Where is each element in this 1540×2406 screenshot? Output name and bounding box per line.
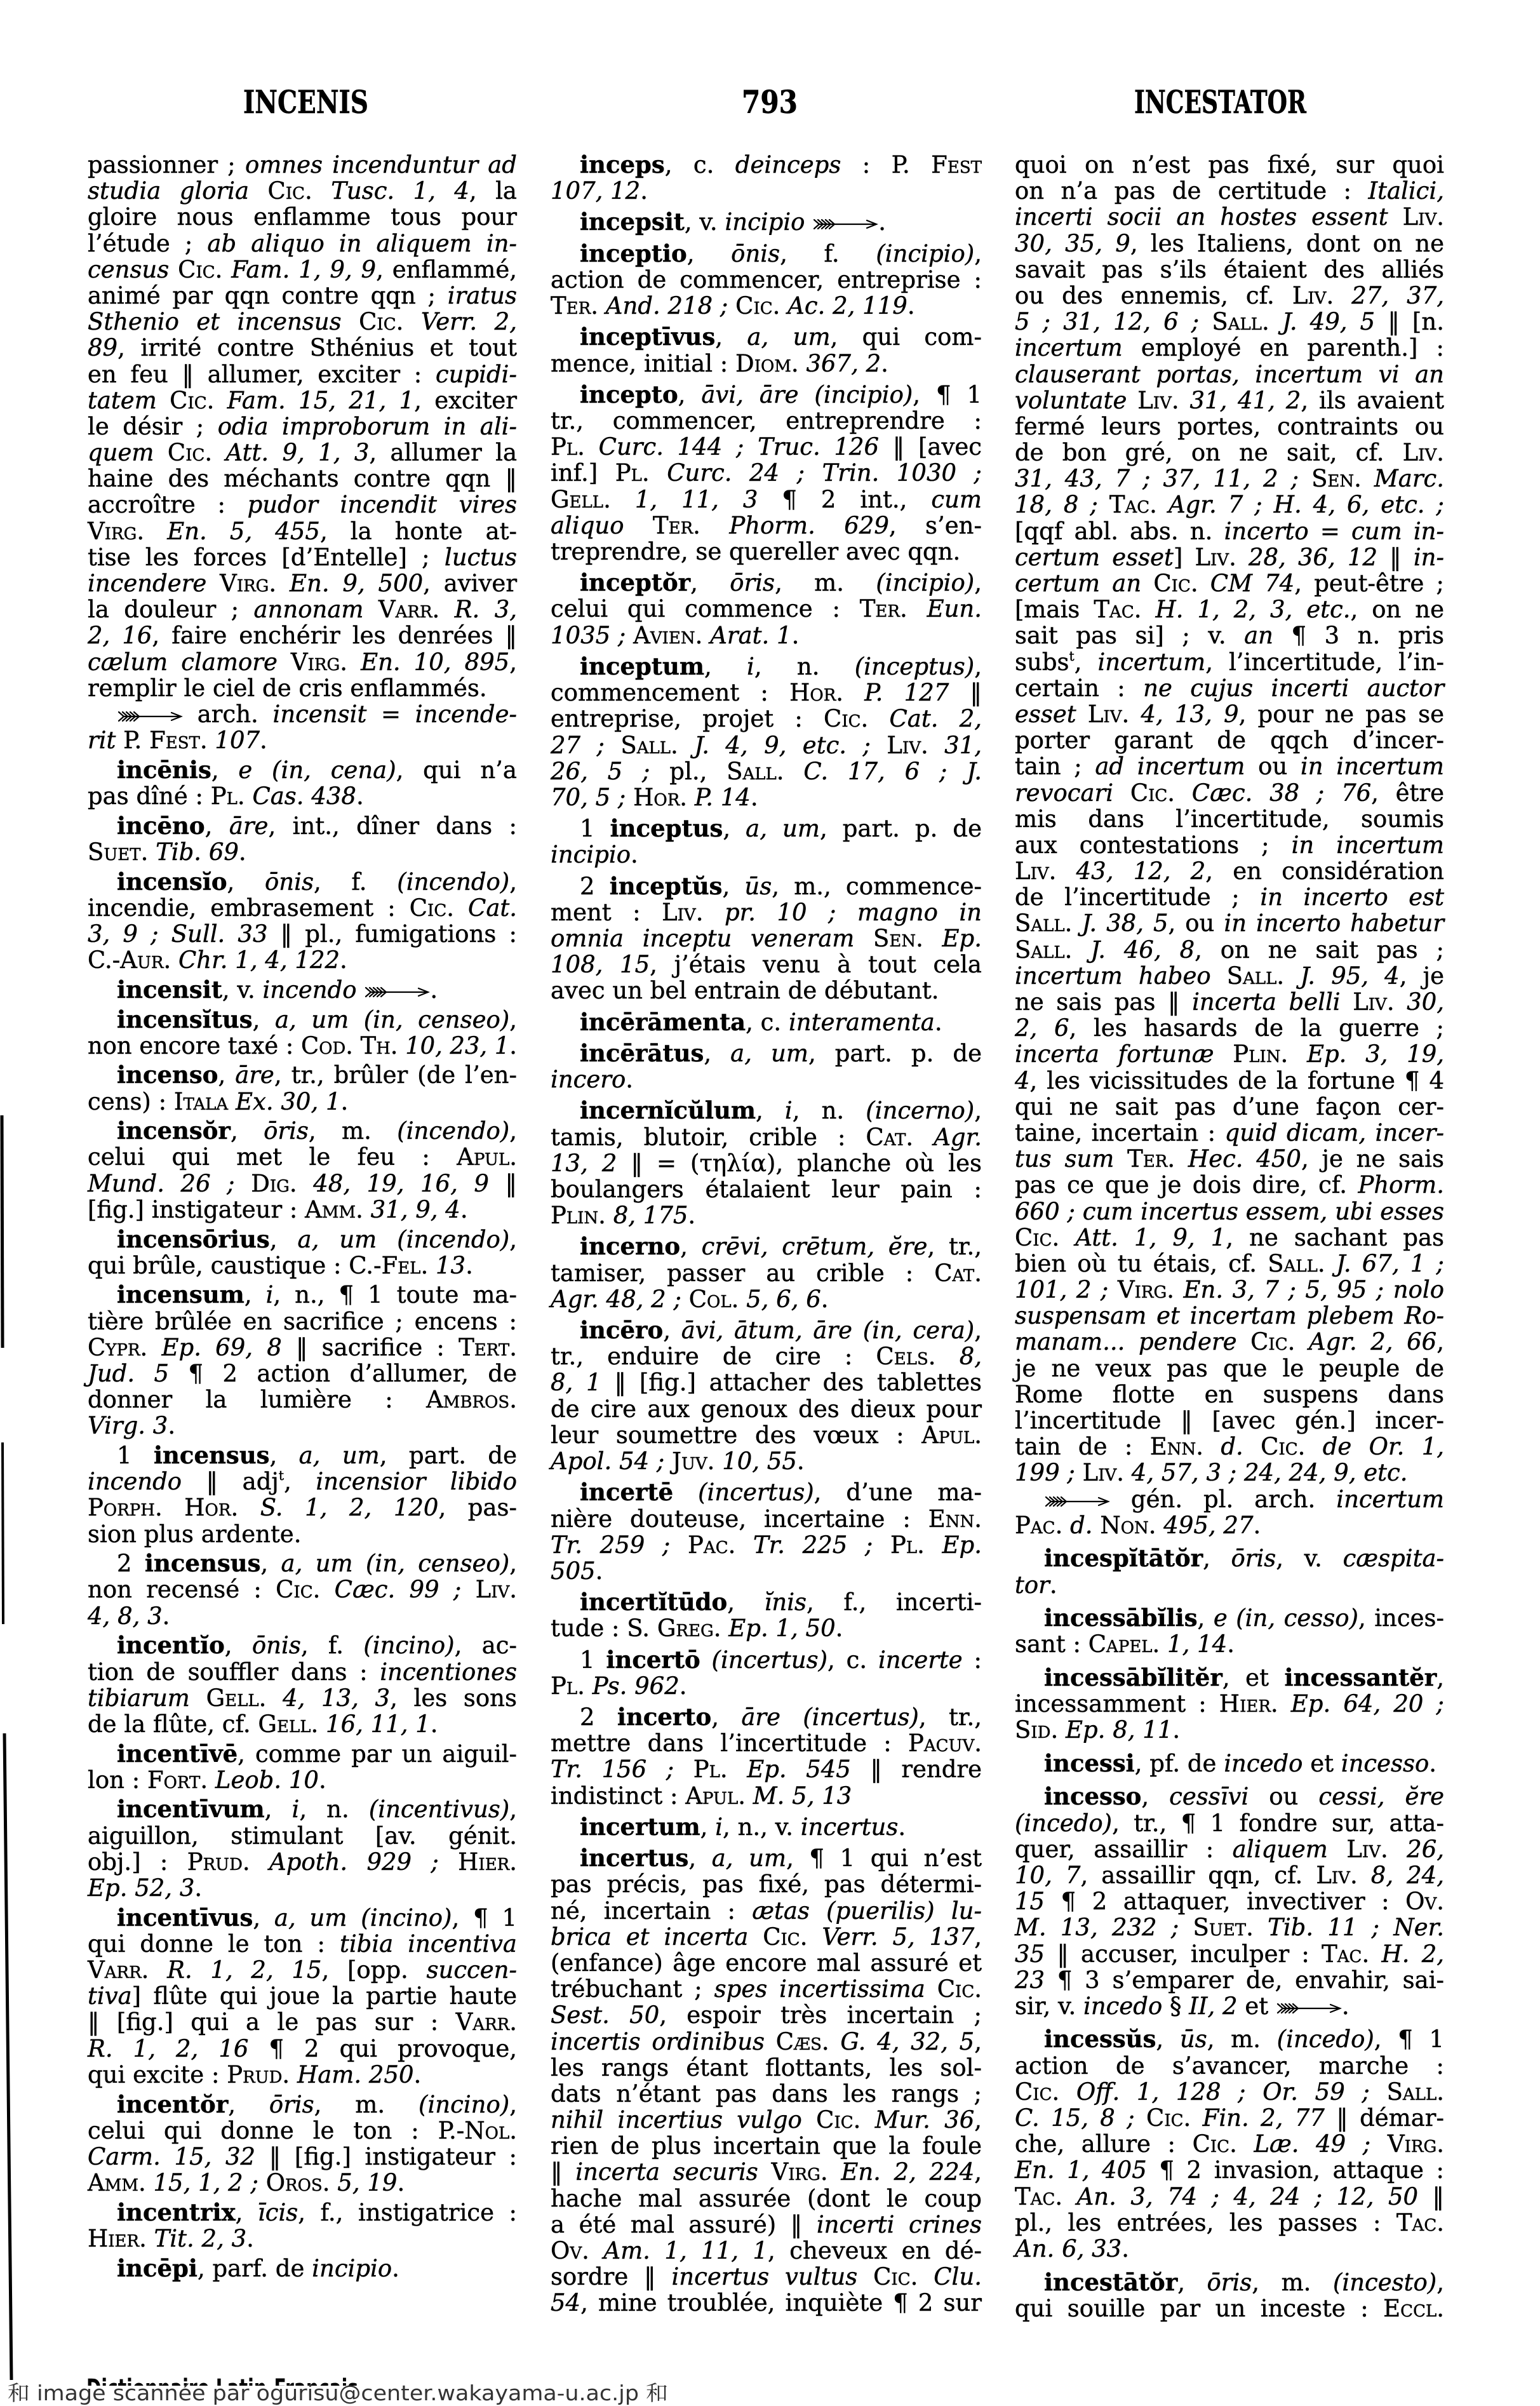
entry-line: tamis, blutoir, crible : Cat. Agr. xyxy=(551,1124,982,1150)
latin-italic: incensit xyxy=(273,701,367,728)
latin-italic: a, um (incendo) xyxy=(298,1226,510,1253)
line-text: Suet. Tib. 69. xyxy=(88,839,246,865)
entry-line: 89, irrité contre Sthénius et tout xyxy=(88,335,517,361)
latin-italic: Ep. 545 xyxy=(747,1756,851,1783)
entry-line: incērāmenta, c. interamenta. xyxy=(580,1009,982,1035)
latin-italic: incendere xyxy=(88,570,206,597)
latin-italic: Tr. 156 ; xyxy=(551,1756,674,1783)
line-text: Apol. 54 ; Juv. 10, 55. xyxy=(551,1448,805,1474)
latin-italic: incertus xyxy=(801,1813,899,1841)
latin-italic: manam... pendere xyxy=(1015,1328,1237,1355)
latin-italic: ab aliquo in aliquem in- xyxy=(207,230,517,257)
superscript: t xyxy=(279,1468,284,1483)
line-text: incensum, i, n., ¶ 1 toute ma- xyxy=(117,1282,517,1308)
latin-italic: 31, xyxy=(944,732,982,759)
line-text: Cypr. Ep. 69, 8 ‖ sacrifice : Tert. xyxy=(88,1334,517,1361)
author-abbreviation: Cic. xyxy=(1015,1224,1059,1251)
entry-line: accroître : pudor incendit vires xyxy=(88,492,517,518)
line-text: 3, 9 ; Sull. 33 ‖ pl., fumigations : xyxy=(88,921,517,947)
latin-italic: a, um (incino) xyxy=(274,1904,452,1932)
line-text: non recensé : Cic. Cæc. 99 ; Liv. xyxy=(88,1576,517,1603)
author-abbreviation: Avien. xyxy=(633,622,702,649)
line-text: incentŏr, ōris, m. (incino), xyxy=(117,2092,517,2118)
line-text: animé par qqn contre qqn ; iratus xyxy=(88,283,517,309)
entry-line: tus sum Ter. Hec. 450, je ne sais xyxy=(1015,1146,1444,1172)
latin-italic: J. 95, 4 xyxy=(1300,962,1399,990)
latin-italic: An. 6, 33 xyxy=(1015,2235,1122,2262)
latin-italic: 54 xyxy=(551,2289,580,2316)
entry-line: 199 ; Liv. 4, 57, 3 ; 24, 24, 9, etc. xyxy=(1015,1460,1444,1486)
line-text: suspensam et incertam plebem Ro- xyxy=(1015,1303,1444,1329)
line-text: Jud. 5 ¶ 2 action d’allumer, de xyxy=(88,1361,517,1387)
dictionary-entry: incentīvus, a, um (incino), ¶ 1qui donne… xyxy=(88,1905,517,2088)
entry-line: incero. xyxy=(551,1066,982,1092)
latin-italic: Ex. 30, 1 xyxy=(236,1088,341,1115)
latin-italic: Phorm. xyxy=(1358,1171,1444,1199)
entry-line: incendo ‖ adjt, incensior libido xyxy=(88,1468,517,1495)
latin-italic: incertum habeo xyxy=(1015,962,1211,990)
latin-italic: certum an xyxy=(1015,570,1141,597)
line-text: 101, 2 ; Virg. En. 3, 7 ; 5, 95 ; nolo xyxy=(1015,1277,1444,1303)
author-abbreviation: Porph. xyxy=(88,1494,163,1521)
latin-italic: pudor incendit vires xyxy=(248,491,517,518)
latin-italic: J. 46, 8 xyxy=(1090,936,1195,964)
entry-line: inceptum, i, n. (inceptus), xyxy=(580,654,982,680)
latin-italic: J. 4, 9, etc. ; xyxy=(694,732,871,759)
latin-italic: census xyxy=(88,256,169,283)
entry-line: tain de : Enn. d. Cic. de Or. 1, xyxy=(1015,1434,1444,1460)
author-abbreviation: Sall. xyxy=(1212,308,1269,335)
author-abbreviation: Amm. xyxy=(305,1196,363,1223)
author-abbreviation: Varr. xyxy=(88,1956,149,1984)
line-text: 505. xyxy=(551,1558,603,1584)
author-abbreviation: Liv. xyxy=(1292,282,1334,309)
line-text: incentīvē, comme par un aiguil- xyxy=(117,1741,517,1767)
entry-line: incentīvum, i, n. (incentivus), xyxy=(117,1796,517,1822)
entry-line: incendie, embrasement : Cic. Cat. xyxy=(88,895,517,921)
line-text: incertĭtūdo, ĭnis, f., incerti- xyxy=(580,1589,982,1615)
latin-italic: 30, xyxy=(1407,988,1444,1016)
latin-italic: a, um (in, censeo) xyxy=(281,1550,510,1577)
dictionary-entry: incespĭtātŏr, ōris, v. cæspita-tor. xyxy=(1015,1545,1444,1597)
entry-line: leur soumettre des vœux : Apul. xyxy=(551,1422,982,1448)
author-abbreviation: Sall. xyxy=(620,732,678,759)
line-text: 27 ; Sall. J. 4, 9, etc. ; Liv. 31, xyxy=(551,732,982,758)
line-text: taine, incertain : quid dicam, incer- xyxy=(1015,1120,1444,1146)
latin-italic: Hec. 450 xyxy=(1188,1145,1301,1173)
entry-line: 54, mine troublée, inquiète ¶ 2 sur xyxy=(551,2290,982,2316)
line-text: incero. xyxy=(551,1066,633,1092)
line-text: passionner ; omnes incenduntur ad xyxy=(88,152,517,178)
line-text: les rangs étant flottants, les sol- xyxy=(551,2055,982,2081)
author-abbreviation: Cypr. xyxy=(88,1334,147,1361)
latin-italic: Agr. xyxy=(934,1124,982,1151)
entry-line: ne sais pas ‖ incerta belli Liv. 30, xyxy=(1015,989,1444,1015)
entry-line: Tac. An. 3, 74 ; 4, 24 ; 12, 50 ‖ xyxy=(1015,2184,1444,2210)
dictionary-entry: incentīvum, i, n. (incentivus),aiguillon… xyxy=(88,1796,517,1901)
line-text: 2, 16, faire enchérir les denrées ‖ xyxy=(88,622,517,649)
line-text: fermé leurs portes, contraints ou xyxy=(1015,413,1444,440)
entry-line: clauserant portas, incertum vi an xyxy=(1015,361,1444,387)
line-text: pl., les entrées, les passes : Tac. xyxy=(1015,2210,1444,2236)
latin-italic: Ep. 52, 3 xyxy=(88,1874,194,1902)
dictionary-entry: incensum, i, n., ¶ 1 toute ma-tière brûl… xyxy=(88,1282,517,1439)
author-abbreviation: Pl. xyxy=(551,1672,585,1700)
author-abbreviation: Hier. xyxy=(458,1848,517,1876)
entry-line: Suet. Tib. 69. xyxy=(88,839,517,865)
line-text: rit P. Fest. 107. xyxy=(88,727,267,753)
latin-italic: tibia incentiva xyxy=(340,1930,517,1958)
line-text: incertum employé en parenth.] : xyxy=(1015,335,1444,361)
latin-italic: 8, xyxy=(960,1343,982,1370)
dictionary-entry: incernĭcŭlum, i, n. (incerno),tamis, blu… xyxy=(551,1098,982,1228)
latin-italic: Sthenio et incensus xyxy=(88,308,342,335)
latin-italic: cælum clamore xyxy=(88,649,278,676)
line-text: celui qui met le feu : Apul. xyxy=(88,1144,517,1170)
headword: incēro xyxy=(580,1316,663,1344)
line-text: studia gloria Cic. Tusc. 1, 4, la xyxy=(88,178,517,204)
line-text: l’étude ; ab aliquo in aliquem in- xyxy=(88,231,517,257)
line-text: mence, initial : Diom. 367, 2. xyxy=(551,351,888,377)
author-abbreviation: Dig. xyxy=(251,1170,297,1197)
latin-italic: 31, 41, 2 xyxy=(1189,387,1301,414)
line-text: sordre ‖ incertus vultus Cic. Clu. xyxy=(551,2264,982,2290)
latin-italic: 4, 13, 3 xyxy=(283,1684,390,1712)
latin-italic: Tib. 69 xyxy=(156,838,239,866)
entry-line: 26, 5 ; pl., Sall. C. 17, 6 ; J. xyxy=(551,758,982,784)
entry-line: incentīvus, a, um (incino), ¶ 1 xyxy=(117,1905,517,1931)
line-text: 107, 12. xyxy=(551,178,648,204)
dictionary-entry: incēro, āvi, ātum, āre (in, cera),tr., e… xyxy=(551,1317,982,1474)
author-abbreviation: Cic. xyxy=(816,2106,860,2134)
headword: inceptus xyxy=(610,814,723,842)
line-text: qui donne le ton : tibia incentiva xyxy=(88,1931,517,1957)
latin-italic: 27, 37, xyxy=(1351,282,1444,309)
entry-line: porter garant de qqch d’incer- xyxy=(1015,727,1444,753)
line-text: Liv. 43, 12, 2, en considération xyxy=(1015,858,1444,884)
dictionary-entry: incessābĭlis, e (in, cesso), inces-sant … xyxy=(1015,1605,1444,1657)
latin-italic: incendo xyxy=(88,1468,182,1495)
feathered-arrow-icon xyxy=(1276,2002,1342,2015)
latin-italic: R. 3, xyxy=(455,596,517,623)
line-text: Ov. Am. 1, 11, 1, cheveux en dé- xyxy=(551,2238,982,2264)
headword: incensĭo xyxy=(117,868,227,896)
latin-italic: 28, 36, 12 xyxy=(1249,544,1377,571)
entry-line: 35 ‖ accuser, inculper : Tac. H. 2, xyxy=(1015,1941,1444,1967)
latin-italic: Tr. 259 ; xyxy=(551,1531,670,1559)
line-text: incensit, v. incendo . xyxy=(117,977,438,1003)
dictionary-entry: incentīvē, comme par un aiguil-lon : For… xyxy=(88,1741,517,1793)
latin-italic: M. 13, 232 ; xyxy=(1015,1914,1179,1941)
line-text: incēpi, parf. de incipio. xyxy=(117,2255,399,2282)
headword: incessābĭlis xyxy=(1044,1604,1198,1632)
entry-line: incepto, āvi, āre (incipio), ¶ 1 xyxy=(580,382,982,408)
latin-italic: brica et incerta xyxy=(551,1923,748,1951)
line-text: incerta fortunæ Plin. Ep. 3, 19, xyxy=(1015,1041,1444,1067)
entry-line: mettre dans l’incertitude : Pacuv. xyxy=(551,1730,982,1756)
text-column-right: quoi on n’est pas fixé, sur quoion n’a p… xyxy=(1015,152,1444,2322)
latin-italic: 660 ; cum incertus essem, ubi esses xyxy=(1015,1198,1444,1225)
author-abbreviation: Liv. xyxy=(1088,701,1129,728)
author-abbreviation: Tac. xyxy=(1015,2183,1062,2210)
line-text: 2 incensus, a, um (in, censeo), xyxy=(117,1550,517,1576)
line-text: Agr. 48, 2 ; Col. 5, 6, 6. xyxy=(551,1286,829,1312)
entry-line: 13, 2 ‖ = (τηλία), planche où les xyxy=(551,1150,982,1176)
latin-italic: incesso xyxy=(1341,1750,1430,1777)
latin-italic: Verr. 2, xyxy=(421,308,517,335)
entry-line: arch. incensit = incende- xyxy=(117,701,517,727)
latin-italic: 31, 43, 7 ; 37, 11, 2 ; xyxy=(1015,465,1299,492)
headword: incentīvus xyxy=(117,1904,253,1932)
latin-italic: Arat. 1 xyxy=(710,622,791,649)
line-text: incensĭtus, a, um (in, censeo), xyxy=(117,1007,517,1033)
line-text: indistinct : Apul. M. 5, 13 xyxy=(551,1783,852,1809)
line-text: incertus, a, um, ¶ 1 qui n’est xyxy=(580,1845,982,1871)
line-text: savait pas s’ils étaient des alliés xyxy=(1015,257,1444,283)
author-abbreviation: C.-Aur. xyxy=(88,946,171,974)
line-text: treprendre, se quereller avec qqn. xyxy=(551,539,960,565)
author-abbreviation: Hor. xyxy=(633,784,687,811)
author-abbreviation: Tac. xyxy=(1094,596,1141,623)
entry-line: 5 ; 31, 12, 6 ; Sall. J. 49, 5 ‖ [n. xyxy=(1015,309,1444,335)
line-text: sir, v. incedo § II, 2 et . xyxy=(1015,1993,1349,2019)
entry-line: trébuchant ; spes incertissima Cic. xyxy=(551,1976,982,2002)
line-text: Pl. Curc. 144 ; Truc. 126 ‖ [avec xyxy=(551,434,982,460)
entry-line: 27 ; Sall. J. 4, 9, etc. ; Liv. 31, xyxy=(551,732,982,758)
line-text: esset Liv. 4, 13, 9, pour ne pas se xyxy=(1015,701,1444,727)
entry-line: quem Cic. Att. 9, 1, 3, allumer la xyxy=(88,440,517,466)
headword: incepsit xyxy=(580,208,685,236)
entry-line: animé par qqn contre qqn ; iratus xyxy=(88,283,517,309)
scan-credit-watermark: 和 image scannée par ogurisu@center.wakay… xyxy=(8,2382,668,2403)
entry-line: Varr. R. 1, 2, 15, [opp. succen- xyxy=(88,1957,517,1983)
dictionary-entry: incepsit, v. incipio . xyxy=(551,209,982,235)
line-text: certum an Cic. CM 74, peut-être ; xyxy=(1015,570,1444,596)
line-text: Ter. And. 218 ; Cic. Ac. 2, 119. xyxy=(551,293,915,319)
latin-italic: 27 ; xyxy=(551,732,605,759)
latin-italic: Læ. 49 ; xyxy=(1254,2130,1370,2158)
line-text: 1035 ; Avien. Arat. 1. xyxy=(551,622,799,649)
line-text: incerti socii an hostes essent Liv. xyxy=(1015,204,1444,230)
dictionary-entry: incertĭtūdo, ĭnis, f., incerti-tude : S.… xyxy=(551,1589,982,1641)
entry-line: incendere Virg. En. 9, 500, aviver xyxy=(88,570,517,596)
entry-line: incēno, āre, int., dîner dans : xyxy=(117,813,517,839)
latin-italic: incero xyxy=(551,1066,626,1093)
author-abbreviation: Cic. xyxy=(1261,1433,1305,1460)
author-abbreviation: Sall. xyxy=(726,758,784,785)
entry-line: tise les forces [d’Entelle] ; luctus xyxy=(88,544,517,570)
headword: incessi xyxy=(1044,1749,1135,1777)
line-text: 13, 2 ‖ = (τηλία), planche où les xyxy=(551,1150,982,1176)
entry-line: tain ; ad incertum ou in incertum xyxy=(1015,753,1444,779)
latin-italic: spes incertissima xyxy=(714,1975,925,2003)
headword: incēpi xyxy=(117,2254,198,2282)
latin-italic: incerti socii an hostes essent xyxy=(1015,203,1388,231)
line-text: incēro, āvi, ātum, āre (in, cera), xyxy=(580,1317,982,1343)
author-abbreviation: Virg. xyxy=(88,518,144,545)
latin-italic: esset xyxy=(1015,701,1076,728)
entry-line: tiva] flûte qui joue la partie haute xyxy=(88,1983,517,2009)
entry-line: le désir ; odia improborum in ali- xyxy=(88,413,517,440)
latin-italic: Chr. 1, 4, 122 xyxy=(178,946,340,974)
author-abbreviation: Cic. xyxy=(359,308,403,335)
latin-italic: En. 1, 405 xyxy=(1015,2156,1147,2184)
line-text: incessābĭlitĕr, et incessantĕr, xyxy=(1044,1665,1444,1691)
latin-italic: En. 5, 455 xyxy=(167,518,320,545)
entry-line: incertē (incertus), d’une ma- xyxy=(580,1479,982,1505)
author-abbreviation: P. Fest. xyxy=(123,727,208,754)
latin-italic: 107 xyxy=(215,727,260,754)
dictionary-entry: incessŭs, ūs, m. (incedo), ¶ 1action de … xyxy=(1015,2026,1444,2262)
dictionary-entry: incensĭo, ōnis, f. (incendo),incendie, e… xyxy=(88,869,517,974)
entry-line: Rome flotte en suspens dans xyxy=(1015,1381,1444,1408)
latin-italic: (incedo) xyxy=(1277,2026,1374,2053)
latin-italic: 367, 2 xyxy=(806,350,881,377)
line-text: Tac. An. 3, 74 ; 4, 24 ; 12, 50 ‖ xyxy=(1015,2184,1444,2210)
headword: incentŏr xyxy=(117,2090,228,2118)
entry-line: incertum employé en parenth.] : xyxy=(1015,335,1444,361)
headword: incensus xyxy=(154,1441,270,1469)
line-text: tion de souffler dans : incentiones xyxy=(88,1659,517,1685)
line-text: tamiser, passer au crible : Cat. xyxy=(551,1260,982,1286)
line-text: tain ; ad incertum ou in incertum xyxy=(1015,753,1444,779)
latin-italic: II, 2 xyxy=(1189,1993,1237,2020)
entry-line: Jud. 5 ¶ 2 action d’allumer, de xyxy=(88,1361,517,1387)
line-text: incessi, pf. de incedo et incesso. xyxy=(1044,1751,1436,1777)
latin-italic: Apoth. 929 ; xyxy=(269,1848,439,1876)
line-text: ou des ennemis, cf. Liv. 27, 37, xyxy=(1015,283,1444,309)
entry-line: tion de souffler dans : incentiones xyxy=(88,1659,517,1685)
line-text: Sest. 50, espoir très incertain ; xyxy=(551,2002,982,2028)
latin-italic: incentiones xyxy=(380,1658,517,1686)
entry-line: je ne veux pas que le peuple de xyxy=(1015,1355,1444,1381)
author-abbreviation: Cic. xyxy=(824,705,868,732)
author-abbreviation: Gell. xyxy=(258,1710,318,1738)
latin-italic: incerti crines xyxy=(817,2211,982,2238)
entry-line: lon : Fort. Leob. 10. xyxy=(88,1767,517,1793)
entry-line: 10, 7, assaillir qqn, cf. Liv. 8, 24, xyxy=(1015,1862,1444,1888)
line-text: incensĭo, ōnis, f. (incendo), xyxy=(117,869,517,895)
latin-italic: 5, 19 xyxy=(337,2169,397,2196)
author-abbreviation: Tac. xyxy=(1322,1940,1369,1968)
latin-italic: incertum xyxy=(1336,1486,1444,1513)
author-abbreviation: Ov. xyxy=(1405,1888,1444,1915)
latin-italic: Ham. 250 xyxy=(297,2061,414,2088)
headword: incensŏr xyxy=(117,1117,231,1145)
line-text: haine des méchants contre qqn ‖ xyxy=(88,466,517,492)
entry-line: 70, 5 ; Hor. P. 14. xyxy=(551,784,982,810)
line-text: 31, 43, 7 ; 37, 11, 2 ; Sen. Marc. xyxy=(1015,466,1444,492)
latin-italic: 4, 13, 9 xyxy=(1141,701,1238,728)
entry-line: ‖ [fig.] qui a le pas sur : Varr. xyxy=(88,2009,517,2035)
latin-italic: incedo xyxy=(1083,1993,1162,2020)
dictionary-entry: 1 incensus, a, um, part. deincendo ‖ adj… xyxy=(88,1442,517,1547)
line-text: 2 inceptŭs, ūs, m., commence- xyxy=(580,873,982,899)
entry-line: incentrix, īcis, f., instigatrice : xyxy=(117,2200,517,2226)
entry-line: Porph. Hor. S. 1, 2, 120, pas- xyxy=(88,1495,517,1521)
entry-line: 1035 ; Avien. Arat. 1. xyxy=(551,622,982,649)
headword: incepto xyxy=(580,380,678,408)
latin-italic: 23 xyxy=(1015,1966,1045,1994)
latin-italic: Ep. 8, 11 xyxy=(1066,1716,1172,1744)
latin-italic: (incedo) xyxy=(1015,1810,1112,1837)
latin-italic: Cæc. 38 ; 76 xyxy=(1192,779,1371,807)
line-text: quer, assaillir : aliquem Liv. 26, xyxy=(1015,1836,1444,1862)
author-abbreviation: Gell. xyxy=(206,1684,267,1712)
line-text: 35 ‖ accuser, inculper : Tac. H. 2, xyxy=(1015,1941,1444,1967)
entry-line: Pac. d. Non. 495, 27. xyxy=(1015,1512,1444,1538)
superscript: t xyxy=(1069,648,1075,663)
line-text: incipio. xyxy=(551,842,638,868)
entry-line: 101, 2 ; Virg. En. 3, 7 ; 5, 95 ; nolo xyxy=(1015,1277,1444,1303)
author-abbreviation: Col. xyxy=(689,1286,739,1313)
latin-italic: J. 38, 5 xyxy=(1081,910,1168,937)
line-text: incessŭs, ūs, m. (incedo), ¶ 1 xyxy=(1044,2026,1444,2052)
line-text: 26, 5 ; pl., Sall. C. 17, 6 ; J. xyxy=(551,758,982,784)
line-text: arch. incensit = incende- xyxy=(117,701,517,727)
dictionary-entry: incentĭo, ōnis, f. (incino), ac-tion de … xyxy=(88,1632,517,1737)
line-text: incendere Virg. En. 9, 500, aviver xyxy=(88,570,517,596)
dictionary-entry: incērāmenta, c. interamenta. xyxy=(551,1009,982,1035)
latin-italic: cum xyxy=(931,486,982,513)
author-abbreviation: Apul. xyxy=(921,1421,982,1449)
line-text: 1 incertō (incertus), c. incerte : xyxy=(580,1647,982,1673)
author-abbreviation: Fort. xyxy=(147,1766,208,1794)
headword: incenso xyxy=(117,1061,218,1089)
right-guide-word: INCESTATOR xyxy=(1134,86,1306,118)
author-abbreviation: Sall. xyxy=(1268,1250,1325,1277)
entry-line: incerta fortunæ Plin. Ep. 3, 19, xyxy=(1015,1041,1444,1067)
entry-line: inceptīvus, a, um, qui com- xyxy=(580,324,982,350)
latin-italic: a, um xyxy=(712,1845,786,1872)
entry-line: celui qui met le feu : Apul. xyxy=(88,1144,517,1170)
latin-italic: cessi, ĕre xyxy=(1318,1783,1444,1810)
latin-italic: cupidi- xyxy=(436,361,517,388)
latin-italic: ad incertum xyxy=(1095,753,1245,780)
author-abbreviation: Cic. xyxy=(276,1576,320,1603)
line-text: celui qui donne le ton : P.-Nol. xyxy=(88,2118,517,2144)
line-text: incendo ‖ adjt, incensior libido xyxy=(88,1468,517,1495)
latin-italic: Cæc. 99 ; xyxy=(335,1576,462,1603)
line-text: avec un bel entrain de débutant. xyxy=(551,978,939,1004)
latin-italic: incendo xyxy=(262,976,356,1004)
line-text: bien où tu étais, cf. Sall. J. 67, 1 ; xyxy=(1015,1251,1444,1277)
entry-line: An. 6, 33. xyxy=(1015,2236,1444,2262)
latin-italic: Ep. 3, 19, xyxy=(1307,1040,1444,1068)
latin-italic: i xyxy=(785,1097,793,1124)
line-text: non encore taxé : Cod. Th. 10, 23, 1. xyxy=(88,1033,517,1059)
dictionary-entry: incentŏr, ōris, m. (incino),celui qui do… xyxy=(88,2092,517,2196)
author-abbreviation: Liv. xyxy=(1346,1836,1388,1863)
line-text: tain de : Enn. d. Cic. de Or. 1, xyxy=(1015,1434,1444,1460)
line-text: ‖ [fig.] qui a le pas sur : Varr. xyxy=(88,2009,517,2035)
latin-italic: in incertum xyxy=(1301,753,1444,780)
line-text: boulangers étalaient leur pain : xyxy=(551,1176,982,1202)
latin-italic: 26, xyxy=(1407,1836,1444,1863)
line-text: Pac. d. Non. 495, 27. xyxy=(1015,1512,1261,1538)
line-text: donner la lumière : Ambros. xyxy=(88,1387,517,1413)
author-abbreviation: Pl. xyxy=(211,783,245,810)
latin-italic: G. 4, 32, 5 xyxy=(840,2028,974,2055)
line-text: Virg. En. 5, 455, la honte at- xyxy=(88,518,517,544)
latin-italic: 10, 23, 1 xyxy=(405,1032,509,1059)
latin-italic: īcis xyxy=(258,2199,298,2226)
entry-line: [fig.] instigateur : Amm. 31, 9, 4. xyxy=(88,1197,517,1223)
line-text: incertum habeo Sall. J. 95, 4, je xyxy=(1015,963,1444,989)
text-column-middle: inceps, c. deinceps : P. Fest107, 12.inc… xyxy=(551,152,982,2316)
entry-line: l’incertitude ‖ [avec gén.] incer- xyxy=(1015,1408,1444,1434)
author-abbreviation: Virg. xyxy=(220,570,276,597)
